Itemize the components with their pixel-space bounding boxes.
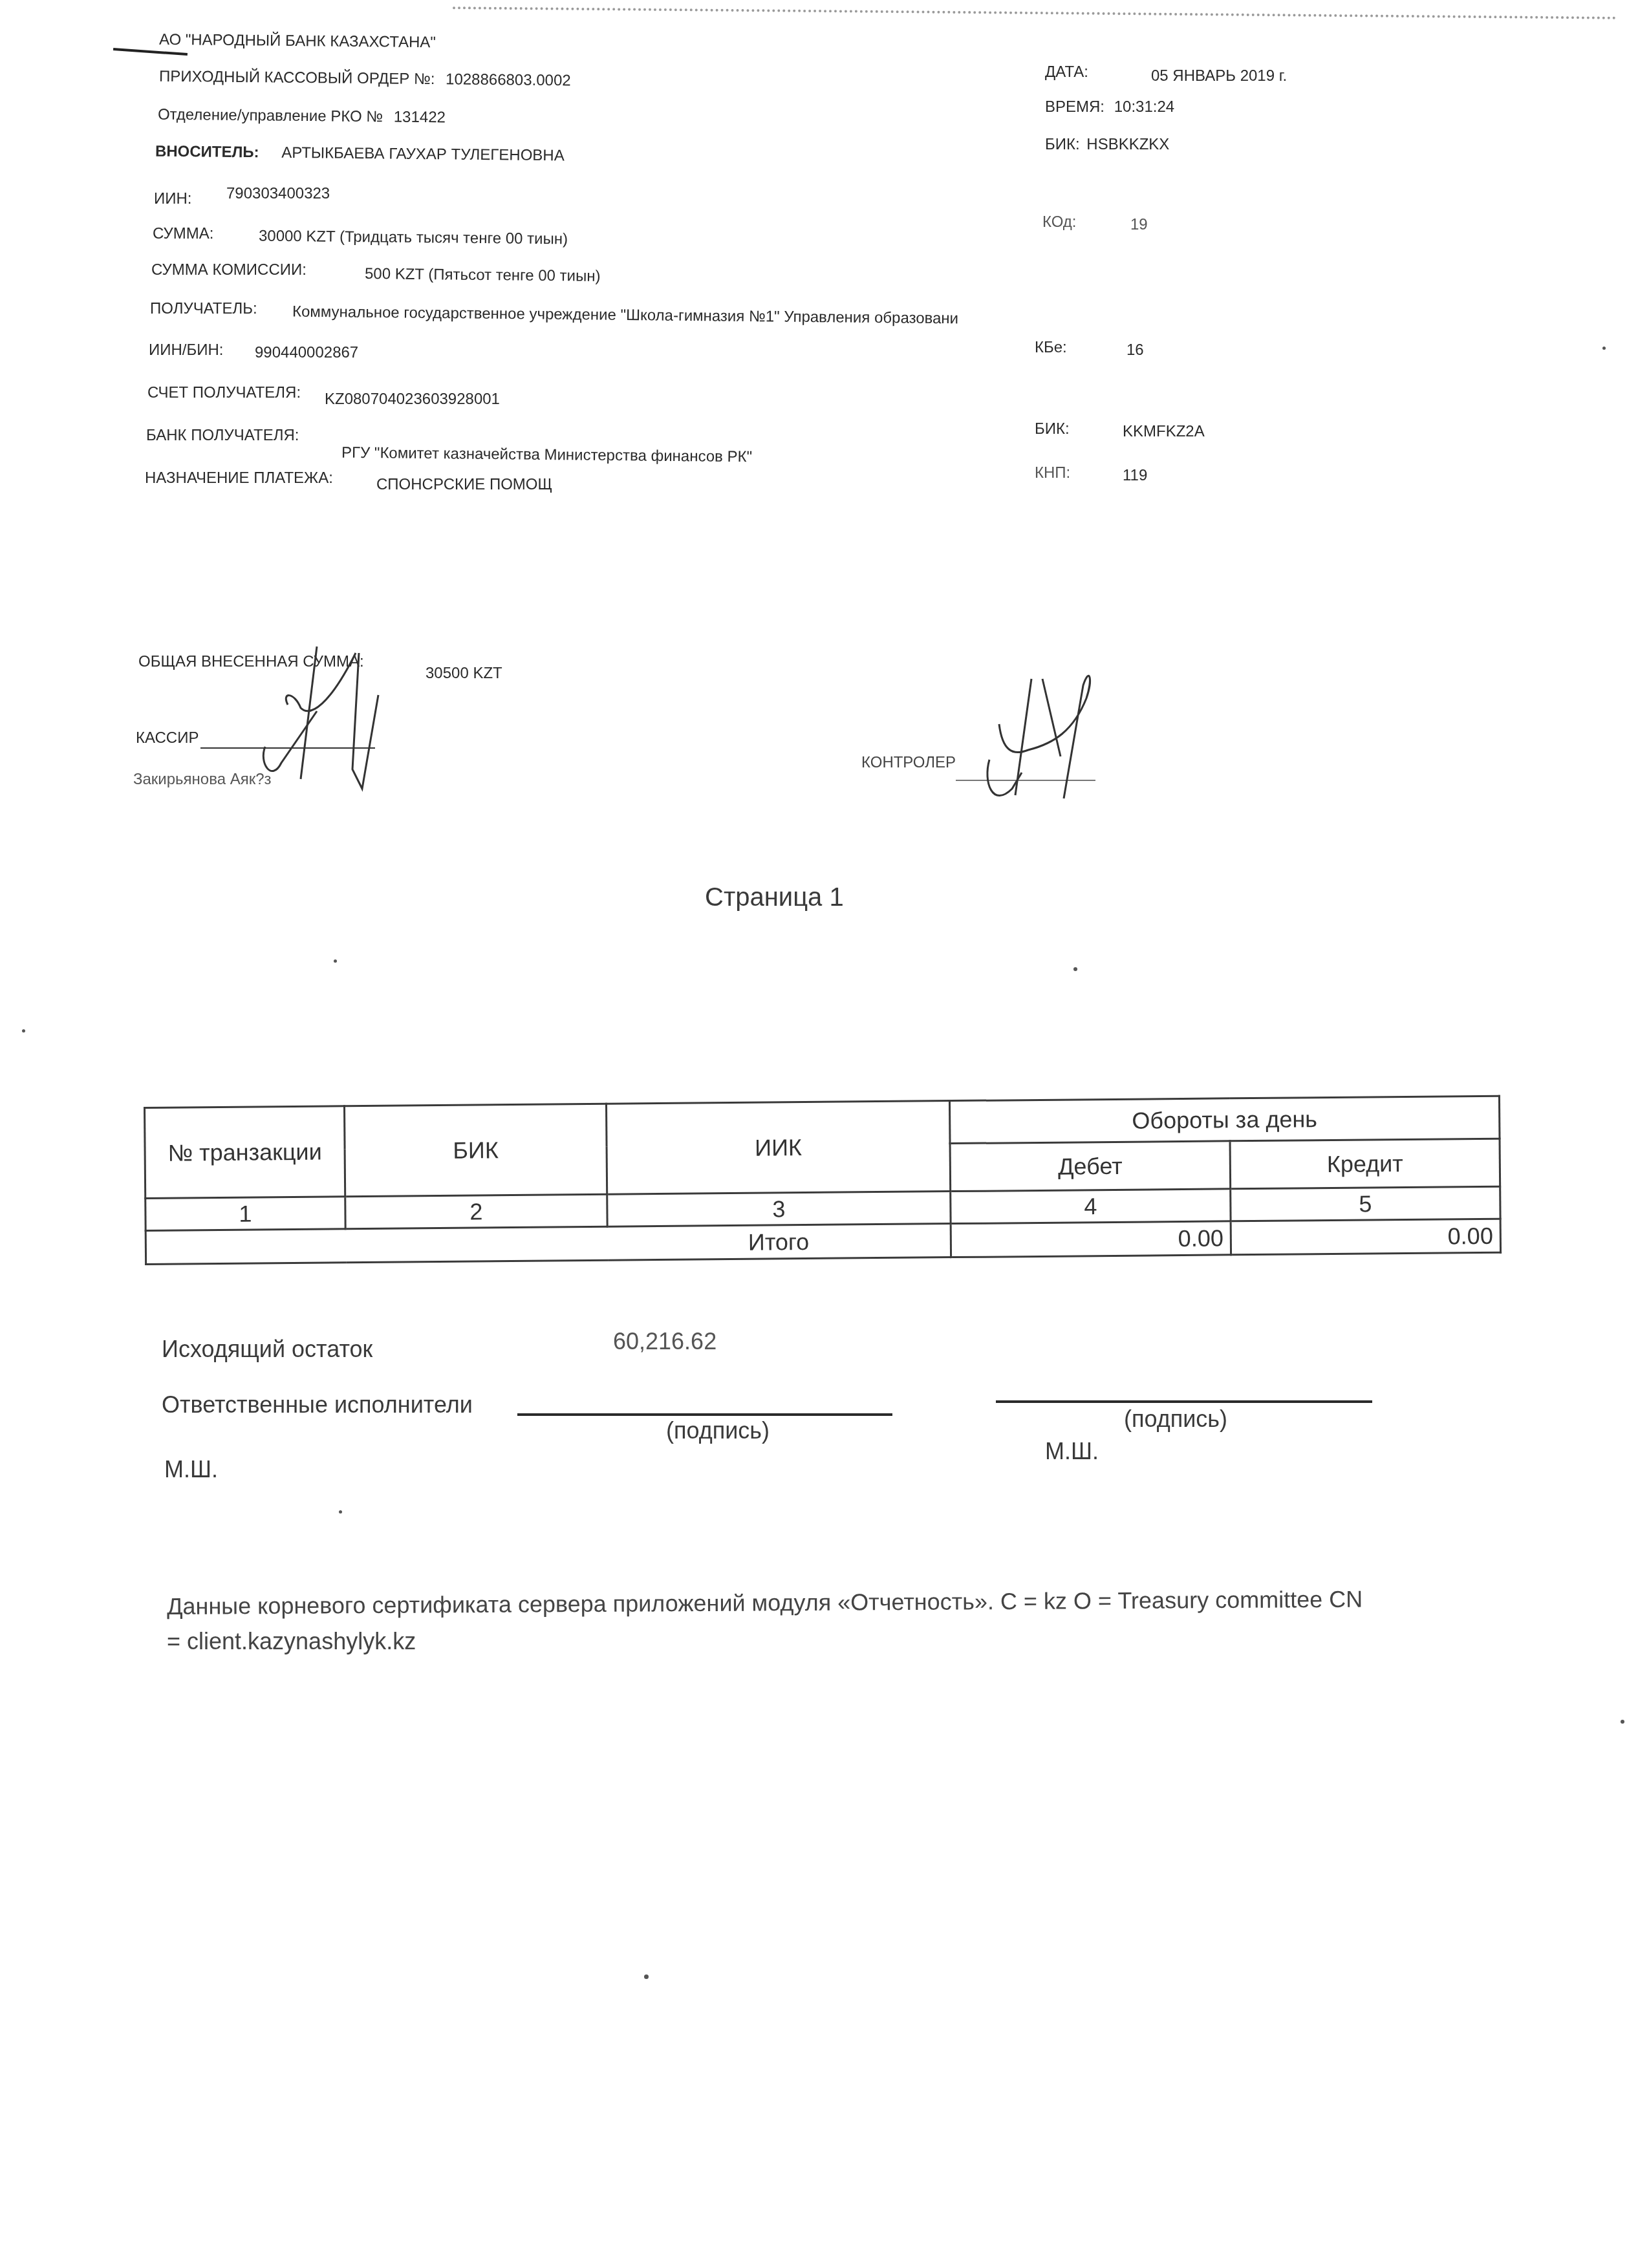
depositor-row: ВНОСИТЕЛЬ: АРТЫКБАЕВА ГАУХАР ТУЛЕГЕНОВНА [155,143,565,166]
order-number-label: ПРИХОДНЫЙ КАССОВЫЙ ОРДЕР №: [159,68,435,88]
closing-balance-value: 60,216.62 [613,1328,717,1355]
amount-value: 30000 KZT (Тридцать тысяч тенге 00 тиын) [259,227,568,248]
responsible-signature-line-right [996,1400,1372,1403]
bank-bik-value: HSBKKZKX [1086,136,1169,153]
branch-label: Отделение/управление РКО № [158,106,383,126]
responsible-signature-line-left [517,1413,892,1416]
kbe-label: КБе: [1035,339,1067,357]
daily-turnover-table: № транзакции БИК ИИК Обороты за день Деб… [144,1095,1502,1265]
controller-label: КОНТРОЛЕР [861,754,956,772]
responsible-label: Ответственные исполнители [162,1391,473,1418]
scan-speck [644,1974,649,1979]
header-debit: Дебет [950,1141,1231,1192]
scan-speck [1602,347,1606,350]
branch-number: 131422 [394,108,446,126]
depositor-name: АРТЫКБАЕВА ГАУХАР ТУЛЕГЕНОВНА [281,144,565,165]
recipient-bank-label: БАНК ПОЛУЧАТЕЛЯ: [146,427,299,445]
stamp-left: М.Ш. [164,1456,218,1483]
total-credit: 0.00 [1231,1219,1500,1255]
iin-value: 790303400323 [226,185,330,203]
certificate-note-line1: Данные корневого сертификата сервера при… [167,1586,1363,1620]
knp-label: КНП: [1035,464,1070,482]
kod-label: КОд: [1042,213,1077,231]
column-number: 2 [345,1194,607,1229]
column-number: 3 [607,1192,951,1227]
account-value: KZ080704023603928001 [325,390,500,409]
fee-value: 500 KZT (Пятьсот тенге 00 тиын) [365,265,601,286]
column-number: 1 [145,1197,345,1231]
cashier-label: КАССИР [136,729,199,747]
total-value: 30500 KZT [426,665,502,683]
header-credit: Кредит [1230,1139,1500,1189]
bank-bik-row: БИК: HSBKKZKX [1045,136,1169,154]
column-number: 4 [951,1189,1231,1224]
recipient-value: Коммунальное государственное учреждение … [292,303,958,328]
total-debit: 0.00 [951,1221,1231,1257]
recipient-bank-value: РГУ "Комитет казначейства Министерства ф… [341,444,752,467]
purpose-value: СПОНСРСКИЕ ПОМОЩ [376,476,552,494]
time-label: ВРЕМЯ: [1045,98,1105,116]
bank-name: АО "НАРОДНЫЙ БАНК КАЗАХСТАНА" [159,31,436,52]
depositor-label: ВНОСИТЕЛЬ: [155,143,259,162]
stamp-right: М.Ш. [1045,1438,1099,1465]
branch-row: Отделение/управление РКО № 131422 [158,106,446,127]
time-row: ВРЕМЯ: 10:31:24 [1045,98,1174,116]
total-label: Итого [607,1224,951,1261]
page-label: Страница 1 [705,883,844,912]
header-turnover: Обороты за день [949,1096,1500,1143]
recipient-iin-value: 990440002867 [255,344,358,362]
recipient-label: ПОЛУЧАТЕЛЬ: [150,300,257,318]
fee-label: СУММА КОМИССИИ: [151,261,307,279]
order-number-value: 1028866803.0002 [446,70,571,89]
header-transaction-no: № транзакции [145,1106,345,1199]
scan-speck [22,1029,25,1032]
bank-bik-label: БИК: [1045,136,1080,153]
header-iik: ИИК [606,1101,950,1195]
column-number: 5 [1231,1186,1500,1221]
account-label: СЧЕТ ПОЛУЧАТЕЛЯ: [147,384,301,402]
date-value: 05 ЯНВАРЬ 2019 г. [1151,67,1287,85]
scan-speck [1621,1720,1624,1724]
order-number-row: ПРИХОДНЫЙ КАССОВЫЙ ОРДЕР №: 1028866803.0… [159,68,571,91]
signature-caption-left: (подпись) [666,1417,770,1444]
amount-label: СУММА: [153,225,213,243]
date-label: ДАТА: [1045,63,1088,81]
signature-caption-right: (подпись) [1124,1406,1227,1433]
kbe-value: 16 [1126,341,1144,359]
recipient-bik-label: БИК: [1035,420,1070,438]
knp-value: 119 [1123,467,1147,485]
scan-speck [334,959,337,963]
purpose-label: НАЗНАЧЕНИЕ ПЛАТЕЖА: [145,469,333,487]
scan-dotted-artifact [453,6,1617,23]
header-bik: БИК [345,1104,607,1197]
kod-value: 19 [1130,216,1148,234]
recipient-iin-label: ИИН/БИН: [149,341,224,359]
iin-label: ИИН: [154,190,192,208]
recipient-bik-value: KKMFKZ2A [1123,423,1205,441]
scan-speck [1073,967,1077,971]
certificate-note-line2: = client.kazynashylyk.kz [167,1628,416,1655]
time-value: 10:31:24 [1114,98,1174,116]
closing-balance-label: Исходящий остаток [162,1336,372,1363]
scan-speck [339,1510,342,1514]
total-row-spacer [145,1226,607,1264]
